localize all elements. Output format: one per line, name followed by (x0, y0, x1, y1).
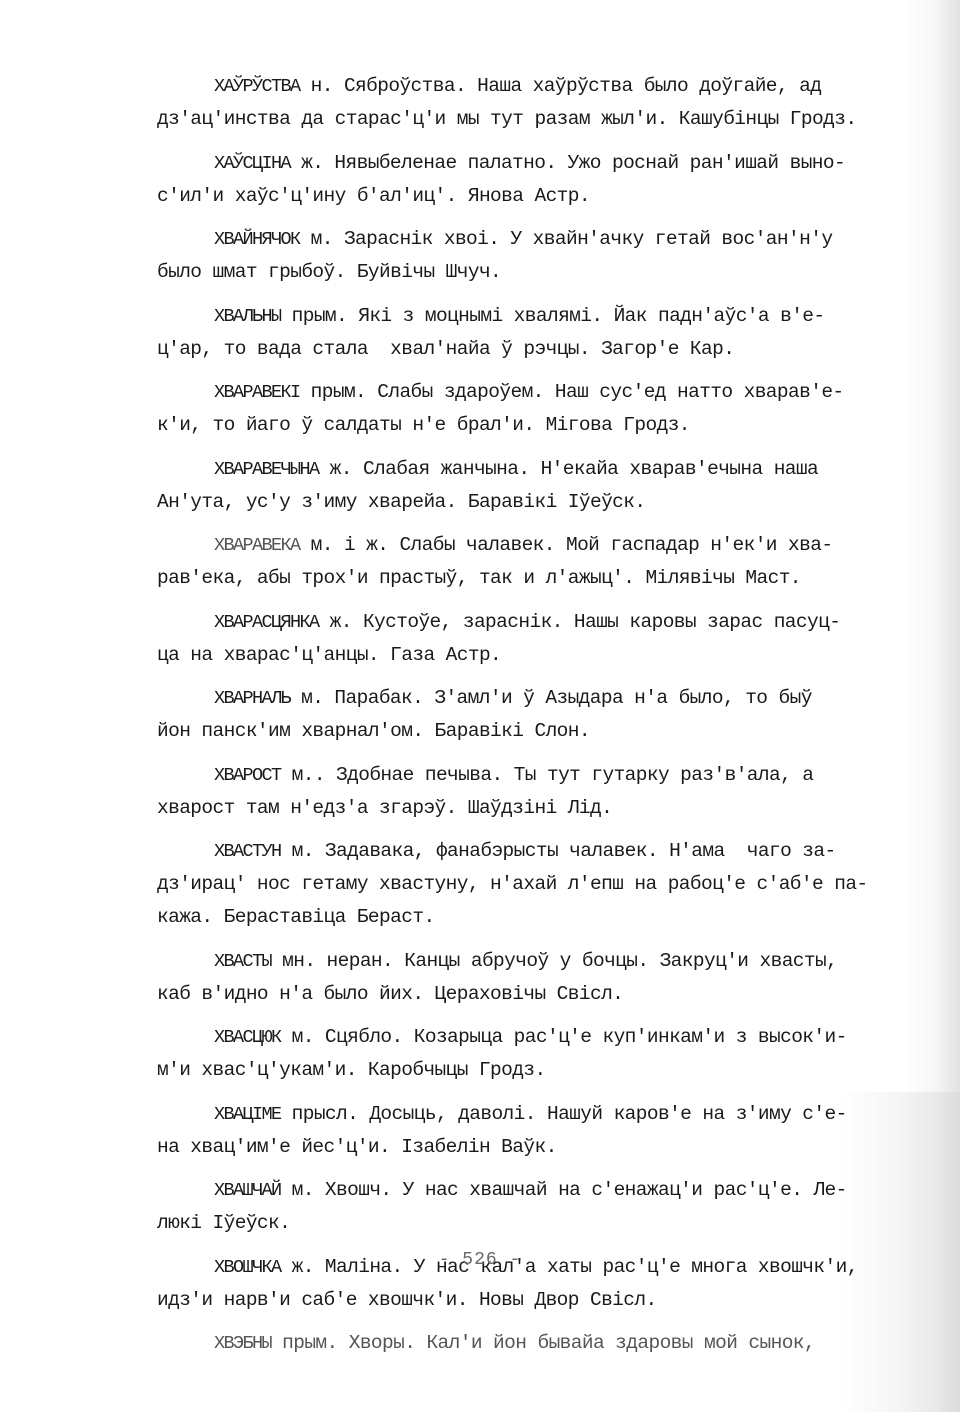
entry-first-line: ХВАСЦЮК м. Сцябло. Козарыца рас'ц'е куп'… (157, 1021, 917, 1054)
entry-continuation-line: люкі Іўеўск. (157, 1207, 917, 1240)
entry-definition-start: м. і ж. Слабы чалавек. Мой гаспадар н'ек… (300, 534, 833, 556)
entry-headword: ХАЎРЎСТВА (214, 76, 300, 97)
entry-definition-start: м.. Здобнае печыва. Ты тут гутарку раз'в… (281, 764, 814, 786)
entry-first-line: ХАЎРЎСТВА н. Сяброўства. Наша хаўрўства … (157, 70, 917, 103)
entry-first-line: ХВАЙНЯЧОК м. Зараснік хвоі. У хвайн'ачку… (157, 223, 917, 256)
entry-first-line: ХВАРАВЕКІ прым. Слабы здароўем. Наш сус'… (157, 376, 917, 409)
entry-headword: ХВАСЦЮК (214, 1027, 281, 1048)
entry-first-line: ХВЭБНЫ прым. Хворы. Кал'и йон бывайа зда… (157, 1327, 917, 1360)
entry-definition-start: м. Задавака, фанабэрысты чалавек. Н'ама … (281, 840, 836, 862)
dictionary-page-body: ХАЎРЎСТВА н. Сяброўства. Наша хаўрўства … (157, 70, 917, 1371)
dictionary-entry: ХВЭБНЫ прым. Хворы. Кал'и йон бывайа зда… (157, 1327, 917, 1360)
entry-definition-start: мн. неран. Канцы абручоў у бочцы. Закруц… (271, 950, 837, 972)
entry-continuation-line: каб в'идно н'а было йих. Цераховічы Свіс… (157, 978, 917, 1011)
entry-definition-start: м. Зараснік хвоі. У хвайн'ачку гетай вос… (300, 228, 833, 250)
dictionary-entry: ХВАЦІМЕ прысл. Досыць, даволі. Нашуй кар… (157, 1098, 917, 1164)
entry-headword: ХВАЦІМЕ (214, 1104, 281, 1125)
dictionary-entry: ХВАЙНЯЧОК м. Зараснік хвоі. У хвайн'ачку… (157, 223, 917, 289)
entry-continuation-line: хварост там н'едз'а згарэў. Шаўдзіні Лід… (157, 792, 917, 825)
entry-headword: ХВАСТЫ (214, 951, 271, 972)
entry-first-line: ХАЎСЦІНА ж. Нявыбеленае палатно. Ужо рос… (157, 147, 917, 180)
entry-first-line: ХВАСТЫ мн. неран. Канцы абручоў у бочцы.… (157, 945, 917, 978)
entry-headword: ХВЭБНЫ (214, 1333, 271, 1354)
entry-definition-start: ж. Нявыбеленае палатно. Ужо роснай ран'и… (290, 152, 845, 174)
entry-headword: ХВАРАВЕКІ (214, 382, 300, 403)
dictionary-entry: ХВАРАВЕЧЫНА ж. Слабая жанчына. Н'екайа х… (157, 453, 917, 519)
entry-headword: ХВАЛЬНЫ (214, 306, 281, 327)
entry-continuation-line: дз'ац'инства да старас'ц'и мы тут разам … (157, 103, 917, 136)
entry-headword: ХВАРНАЛЬ (214, 688, 290, 709)
entry-first-line: ХВАЦІМЕ прысл. Досыць, даволі. Нашуй кар… (157, 1098, 917, 1131)
entry-first-line: ХВАРНАЛЬ м. Парабак. З'амл'и ў Азыдара н… (157, 682, 917, 715)
entry-headword: ХВАСТУН (214, 841, 281, 862)
entry-definition-start: ж. Кустоўе, зараснік. Нашы каровы зарас … (319, 611, 841, 633)
entry-definition-start: прысл. Досыць, даволі. Нашуй каров'е на … (281, 1103, 847, 1125)
dictionary-entry: ХВАРАВЕКІ прым. Слабы здароўем. Наш сус'… (157, 376, 917, 442)
entry-first-line: ХВАРАВЕЧЫНА ж. Слабая жанчына. Н'екайа х… (157, 453, 917, 486)
entry-continuation-line: Ан'ута, ус'у з'иму хварейа. Баравікі Іўе… (157, 486, 917, 519)
dictionary-entry: ХАЎСЦІНА ж. Нявыбеленае палатно. Ужо рос… (157, 147, 917, 213)
entry-headword: ХВАШЧАЙ (214, 1180, 281, 1201)
entry-continuation-line: идз'и нарв'и саб'е хвошчк'и. Новы Двор С… (157, 1284, 917, 1317)
entry-continuation-line: м'и хвас'ц'укам'и. Каробчыцы Гродз. (157, 1054, 917, 1087)
dictionary-entry: ХВАРНАЛЬ м. Парабак. З'амл'и ў Азыдара н… (157, 682, 917, 748)
dictionary-entry: ХВАШЧАЙ м. Хвошч. У нас хвашчай на с'ена… (157, 1174, 917, 1240)
entry-definition-start: ж. Слабая жанчына. Н'екайа хварав'ечына … (319, 458, 819, 480)
page-number: - 526 - (0, 1250, 960, 1270)
entry-continuation-line: к'и, то йаго ў салдаты н'е брал'и. Мігов… (157, 409, 917, 442)
entry-headword: ХВАРОСТ (214, 765, 281, 786)
entry-headword: ХВАЙНЯЧОК (214, 229, 300, 250)
entry-continuation-line: кажа. Бераставіца Бераст. (157, 901, 917, 934)
dictionary-entry: ХВАСЦЮК м. Сцябло. Козарыца рас'ц'е куп'… (157, 1021, 917, 1087)
entry-definition-start: прым. Які з моцнымі хвалямі. Йак падн'аў… (281, 305, 825, 327)
entry-definition-start: м. Парабак. З'амл'и ў Азыдара н'а было, … (290, 687, 812, 709)
dictionary-entry: ХАЎРЎСТВА н. Сяброўства. Наша хаўрўства … (157, 70, 917, 136)
entry-continuation-line: ц'ар, то вада стала хвал'найа ў рэчцы. З… (157, 333, 917, 366)
entry-first-line: ХВАРОСТ м.. Здобнае печыва. Ты тут гутар… (157, 759, 917, 792)
entry-definition-start: прым. Слабы здароўем. Наш сус'ед натто х… (300, 381, 844, 403)
entry-first-line: ХВАЛЬНЫ прым. Які з моцнымі хвалямі. Йак… (157, 300, 917, 333)
entry-continuation-line: дз'ирац' нос гетаму хвастуну, н'ахай л'е… (157, 868, 917, 901)
entry-definition-start: прым. Хворы. Кал'и йон бывайа здаровы мо… (271, 1332, 815, 1354)
dictionary-entry: ХВАРАВЕКА м. і ж. Слабы чалавек. Мой гас… (157, 529, 917, 595)
entry-continuation-line: на хвац'им'е йес'ц'и. Ізабелін Ваўк. (157, 1131, 917, 1164)
entry-first-line: ХВАРАСЦЯНКА ж. Кустоўе, зараснік. Нашы к… (157, 606, 917, 639)
entry-headword: ХВАРАСЦЯНКА (214, 612, 319, 633)
entry-continuation-line: с'ил'и хаўс'ц'ину б'ал'иц'. Янова Астр. (157, 180, 917, 213)
entry-first-line: ХВАРАВЕКА м. і ж. Слабы чалавек. Мой гас… (157, 529, 917, 562)
entry-continuation-line: ца на хварас'ц'анцы. Газа Астр. (157, 639, 917, 672)
entry-first-line: ХВАСТУН м. Задавака, фанабэрысты чалавек… (157, 835, 917, 868)
entry-continuation-line: рав'ека, абы трох'и прастыў, так и л'ажы… (157, 562, 917, 595)
entry-headword: ХАЎСЦІНА (214, 153, 290, 174)
dictionary-entry: ХВАРОСТ м.. Здобнае печыва. Ты тут гутар… (157, 759, 917, 825)
dictionary-entry: ХВАСТЫ мн. неран. Канцы абручоў у бочцы.… (157, 945, 917, 1011)
entry-headword: ХВАРАВЕЧЫНА (214, 459, 319, 480)
entry-continuation-line: было шмат грыбоў. Буйвічы Шчуч. (157, 256, 917, 289)
entry-continuation-line: йон панск'им хварнал'ом. Баравікі Слон. (157, 715, 917, 748)
dictionary-entry: ХВАЛЬНЫ прым. Які з моцнымі хвалямі. Йак… (157, 300, 917, 366)
entry-definition-start: м. Сцябло. Козарыца рас'ц'е куп'инкам'и … (281, 1026, 847, 1048)
dictionary-entry: ХВАСТУН м. Задавака, фанабэрысты чалавек… (157, 835, 917, 934)
entry-first-line: ХВАШЧАЙ м. Хвошч. У нас хвашчай на с'ена… (157, 1174, 917, 1207)
entry-definition-start: м. Хвошч. У нас хвашчай на с'енажац'и ра… (281, 1179, 847, 1201)
entry-headword: ХВАРАВЕКА (214, 535, 300, 556)
entry-definition-start: н. Сяброўства. Наша хаўрўства было доўга… (300, 75, 822, 97)
dictionary-entry: ХВАРАСЦЯНКА ж. Кустоўе, зараснік. Нашы к… (157, 606, 917, 672)
